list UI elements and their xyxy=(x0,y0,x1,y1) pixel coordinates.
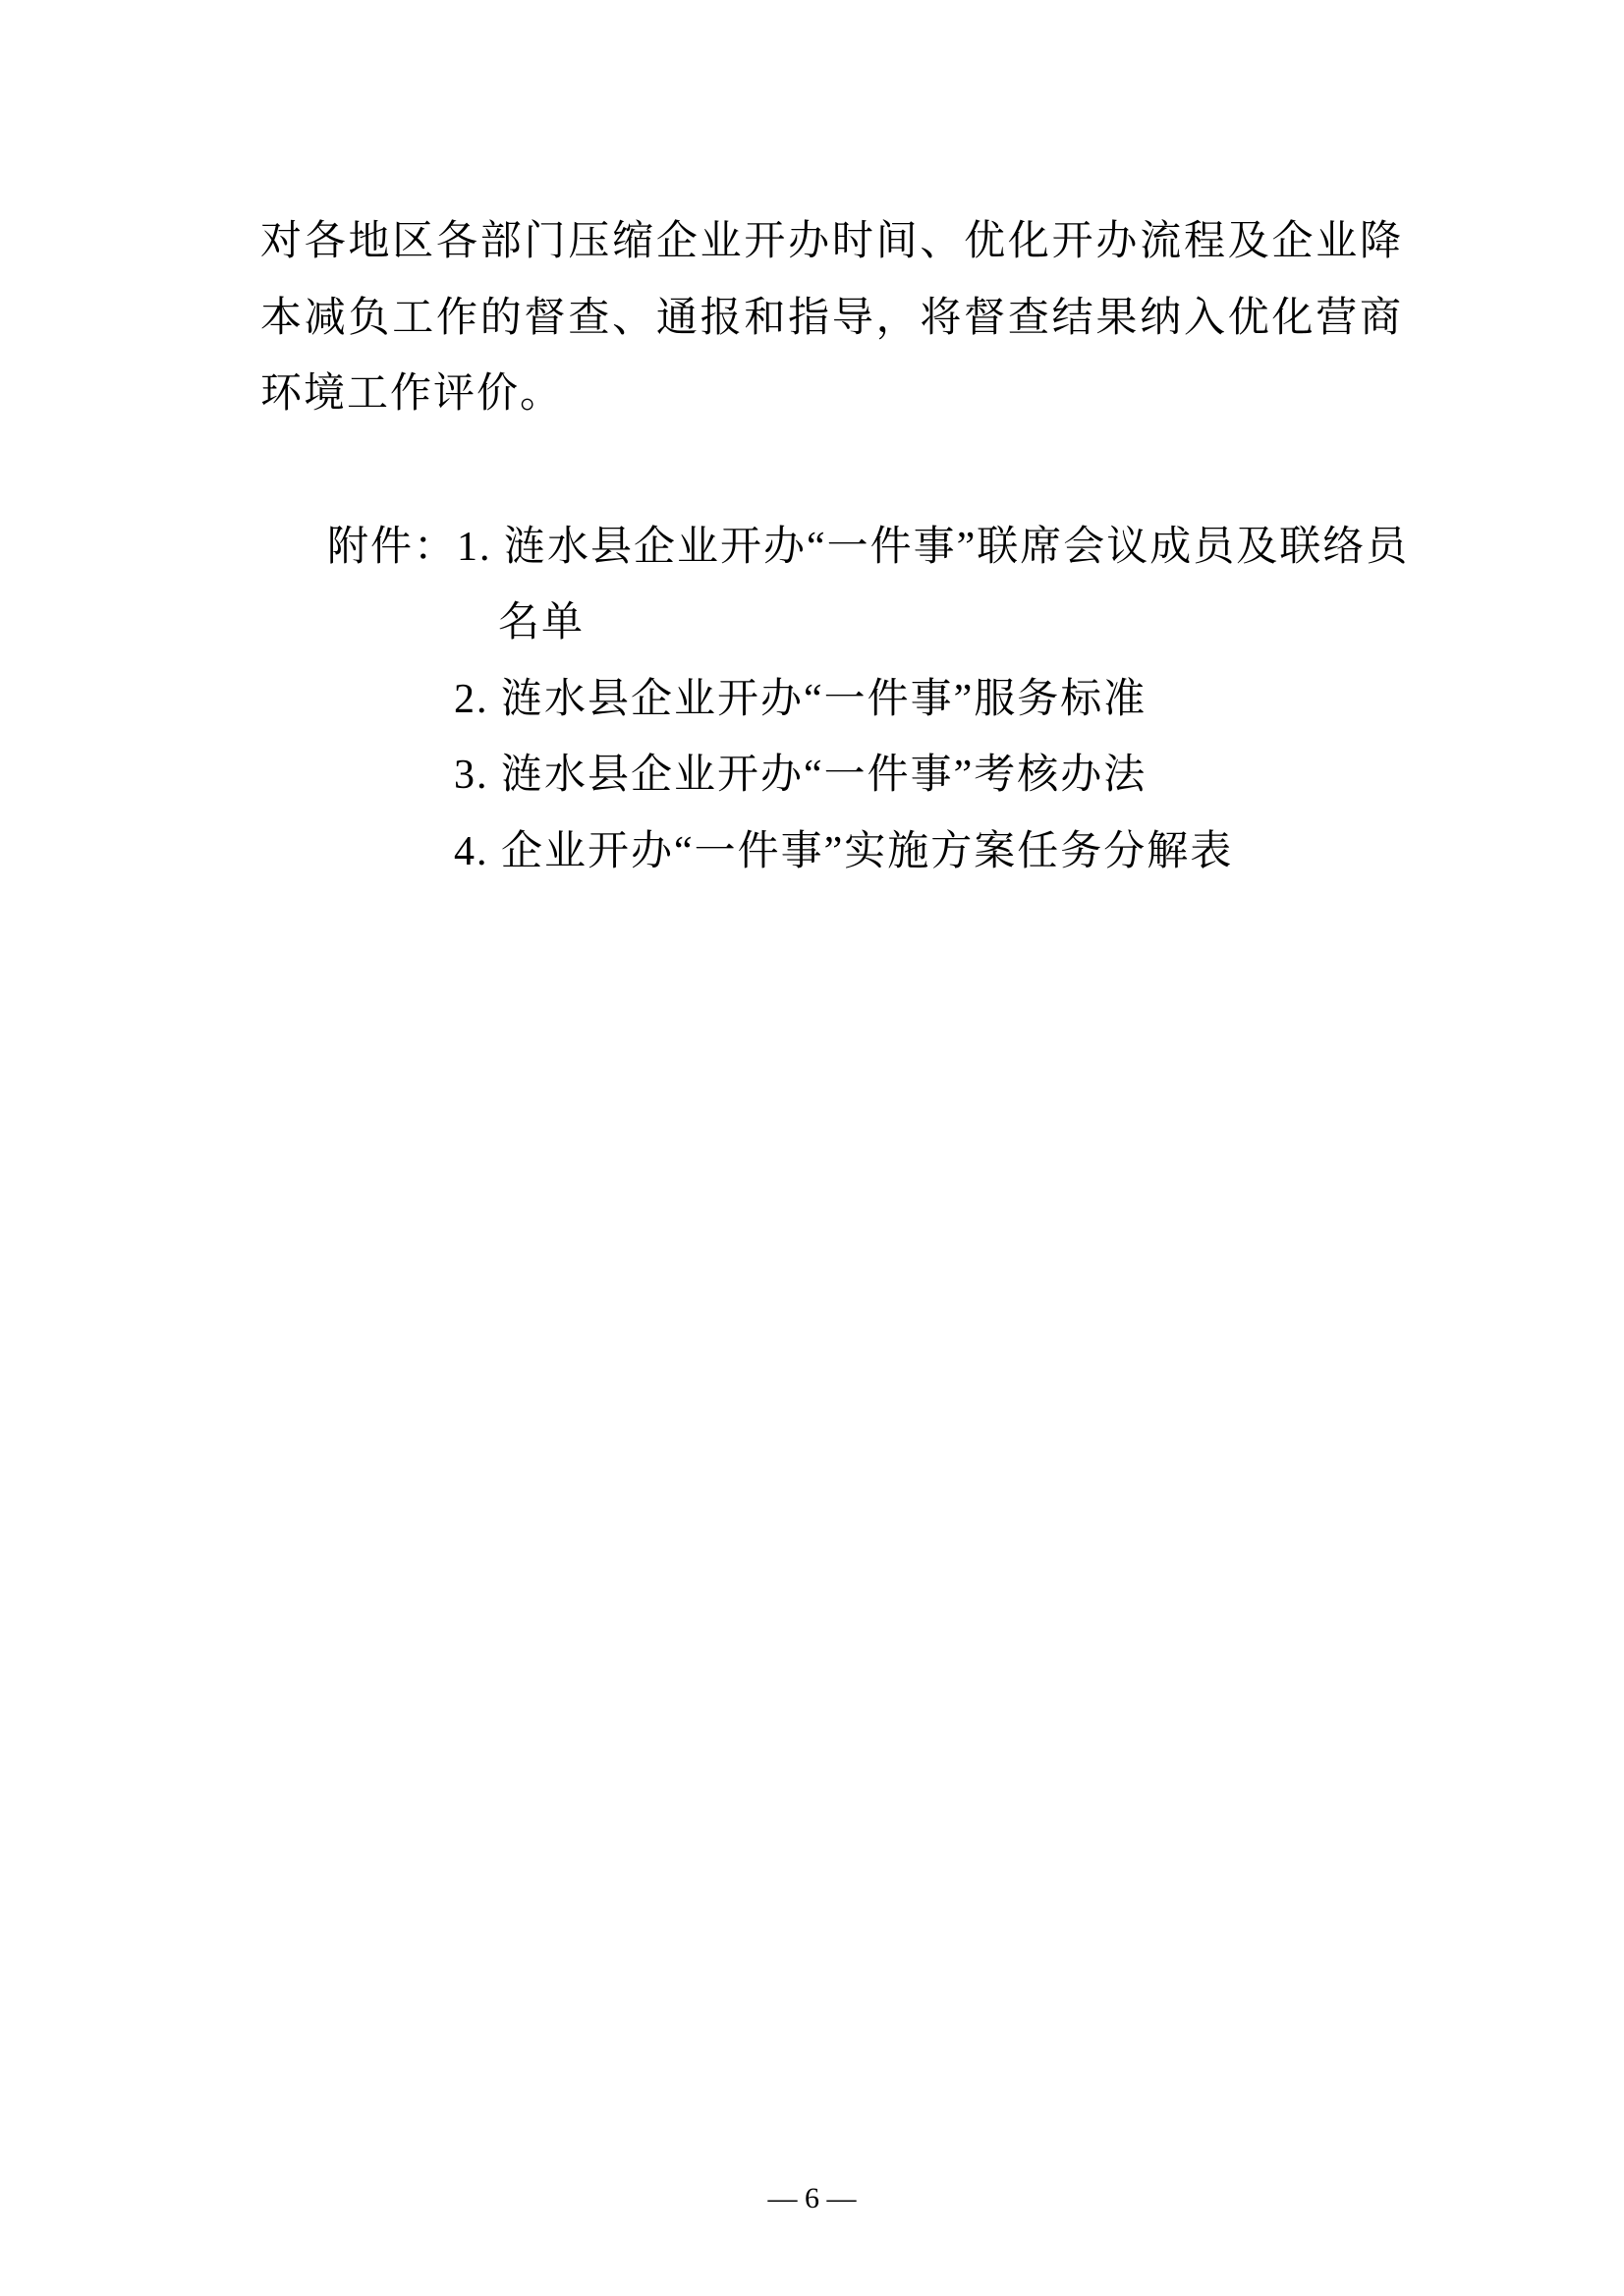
blank-line-spacer xyxy=(260,433,1403,510)
document-body: 对各地区各部门压缩企业开办时间、优化开办流程及企业降 本减负工作的督查、通报和指… xyxy=(260,204,1403,890)
attachment-item-2: 2. 涟水县企业开办“一件事”服务标准 xyxy=(260,662,1403,739)
attachments-lead-continuation: 名单 xyxy=(260,586,1403,662)
attachment-item-3: 3. 涟水县企业开办“一件事”考核办法 xyxy=(260,738,1403,814)
paragraph-line-3: 环境工作评价。 xyxy=(260,357,1403,433)
document-page: 对各地区各部门压缩企业开办时间、优化开办流程及企业降 本减负工作的督查、通报和指… xyxy=(0,0,1624,2296)
paragraph-line-2: 本减负工作的督查、通报和指导，将督查结果纳入优化营商 xyxy=(260,281,1403,358)
paragraph-line-1: 对各地区各部门压缩企业开办时间、优化开办流程及企业降 xyxy=(260,204,1403,281)
attachments-lead-line: 附件：1. 涟水县企业开办“一件事”联席会议成员及联络员 xyxy=(260,510,1403,587)
page-number: — 6 — xyxy=(0,2179,1624,2218)
attachment-item-4: 4. 企业开办“一件事”实施方案任务分解表 xyxy=(260,814,1403,891)
